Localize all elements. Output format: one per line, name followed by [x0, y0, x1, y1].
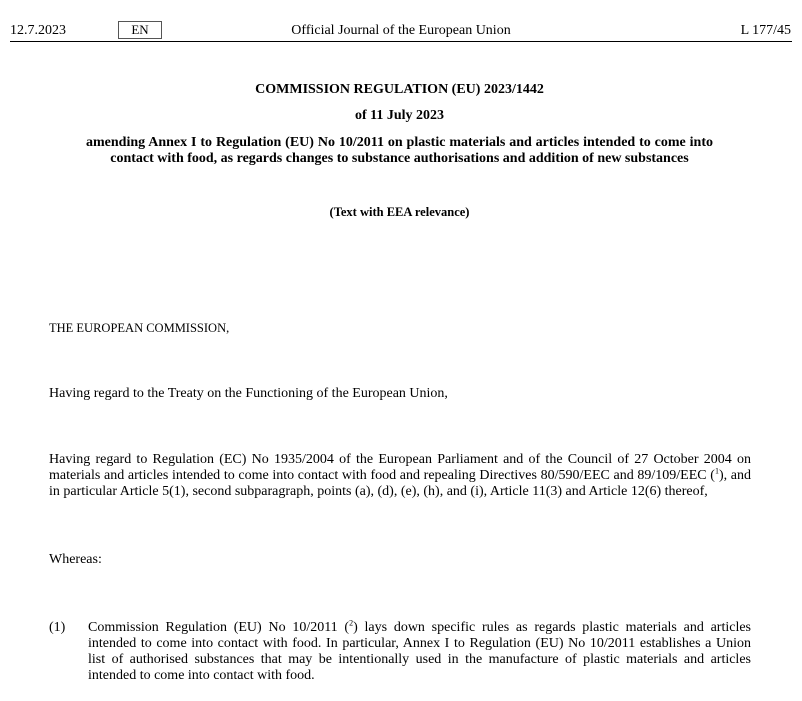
recital-number: (1): [49, 620, 65, 636]
page-reference: L 177/45: [741, 23, 791, 39]
citation-treaty: Having regard to the Treaty on the Funct…: [49, 386, 751, 402]
journal-title: Official Journal of the European Union: [10, 23, 792, 39]
recital-1: (1) Commission Regulation (EU) No 10/201…: [49, 620, 751, 684]
citation-regulation: Having regard to Regulation (EC) No 1935…: [49, 452, 751, 500]
regulation-subject: amending Annex I to Regulation (EU) No 1…: [86, 135, 713, 167]
eea-relevance-note: (Text with EEA relevance): [86, 205, 713, 220]
recital-text-part1: Commission Regulation (EU) No 10/2011 (: [88, 620, 349, 635]
citation-text-part1: Having regard to Regulation (EC) No 1935…: [49, 452, 751, 483]
regulation-date: of 11 July 2023: [86, 108, 713, 124]
issuer-line: THE EUROPEAN COMMISSION,: [49, 320, 751, 336]
recital-text: Commission Regulation (EU) No 10/2011 (2…: [88, 620, 751, 684]
page-header: 12.7.2023 EN Official Journal of the Eur…: [10, 21, 792, 42]
regulation-title: COMMISSION REGULATION (EU) 2023/1442: [86, 82, 713, 98]
whereas-heading: Whereas:: [49, 552, 751, 568]
